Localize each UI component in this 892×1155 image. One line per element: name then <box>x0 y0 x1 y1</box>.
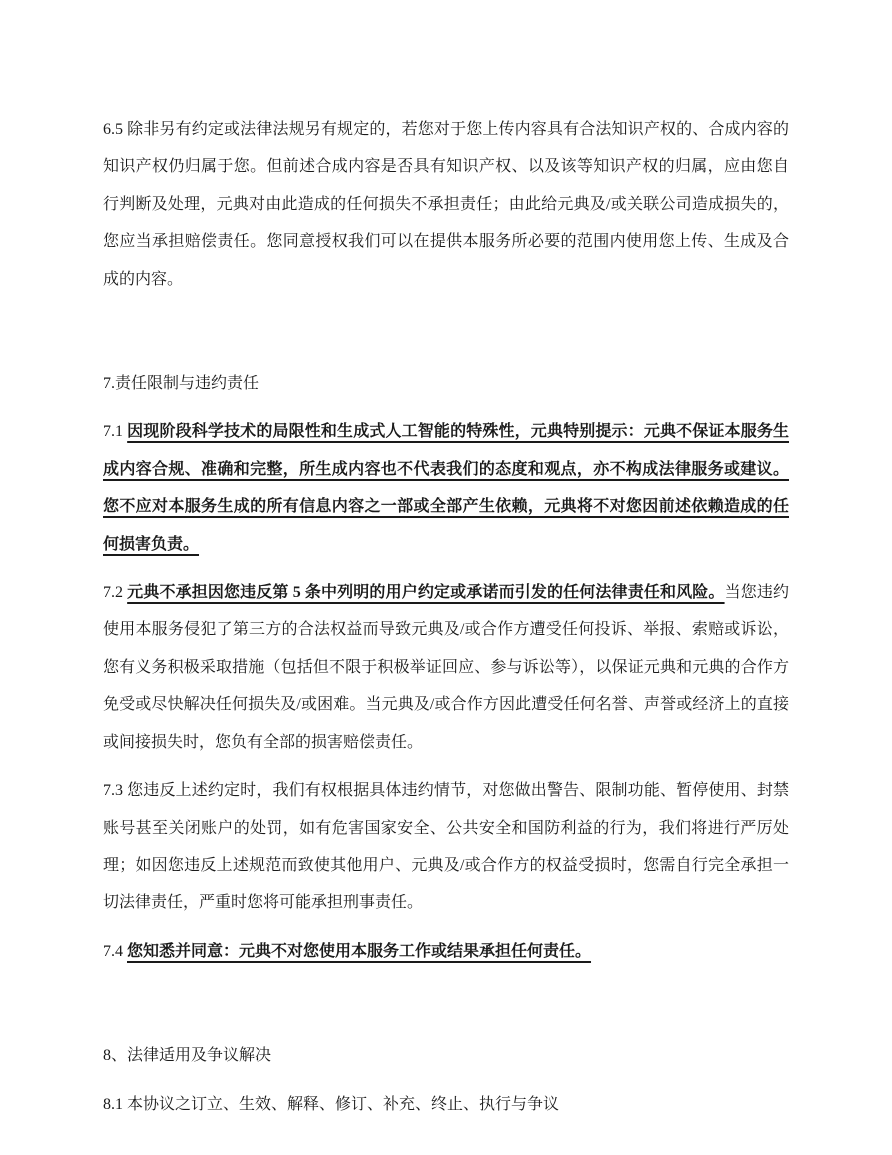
text-run: 7.责任限制与违约责任 <box>103 375 259 392</box>
clause-7-4: 7.4 您知悉并同意：元典不对您使用本服务工作或结果承担任何责任。 <box>103 933 789 970</box>
text-run: 7.3 您违反上述约定时，我们有权根据具体违约情节，对您做出警告、限制功能、暂停… <box>103 782 789 911</box>
emphasized-text-run: 因现阶段科学技术的局限性和生成式人工智能的特殊性，元典特别提示：元典不保证本服务… <box>103 423 789 552</box>
section-7-heading: 7.责任限制与违约责任 <box>103 365 789 402</box>
clause-7-1: 7.1 因现阶段科学技术的局限性和生成式人工智能的特殊性，元典特别提示：元典不保… <box>103 413 789 563</box>
clause-8-1: 8.1 本协议之订立、生效、解释、修订、补充、终止、执行与争议 <box>103 1086 789 1123</box>
section-8-heading: 8、法律适用及争议解决 <box>103 1037 789 1074</box>
clause-6-5: 6.5 除非另有约定或法律法规另有规定的，若您对于您上传内容具有合法知识产权的、… <box>103 111 789 298</box>
emphasized-text-run: 您知悉并同意：元典不对您使用本服务工作或结果承担任何责任。 <box>127 943 591 960</box>
clause-7-2: 7.2 元典不承担因您违反第 5 条中列明的用户约定或承诺而引发的任何法律责任和… <box>103 574 789 761</box>
text-run: 当您违约使用本服务侵犯了第三方的合法权益而导致元典及/或合作方遭受任何投诉、举报… <box>103 584 789 751</box>
document-page: 6.5 除非另有约定或法律法规另有规定的，若您对于您上传内容具有合法知识产权的、… <box>0 0 892 1155</box>
emphasized-text-run: 元典不承担因您违反第 5 条中列明的用户约定或承诺而引发的任何法律责任和风险。 <box>127 584 724 601</box>
blank-line <box>103 309 789 354</box>
text-run: 7.2 <box>103 584 127 601</box>
text-run: 8.1 本协议之订立、生效、解释、修订、补充、终止、执行与争议 <box>103 1096 559 1113</box>
text-run: 6.5 除非另有约定或法律法规另有规定的，若您对于您上传内容具有合法知识产权的、… <box>103 121 789 288</box>
text-run: 8、法律适用及争议解决 <box>103 1047 271 1064</box>
blank-line <box>103 981 789 1026</box>
text-run: 7.1 <box>103 423 127 440</box>
clause-7-3: 7.3 您违反上述约定时，我们有权根据具体违约情节，对您做出警告、限制功能、暂停… <box>103 772 789 922</box>
text-run: 7.4 <box>103 943 127 960</box>
document-content: 6.5 除非另有约定或法律法规另有规定的，若您对于您上传内容具有合法知识产权的、… <box>103 111 789 1123</box>
